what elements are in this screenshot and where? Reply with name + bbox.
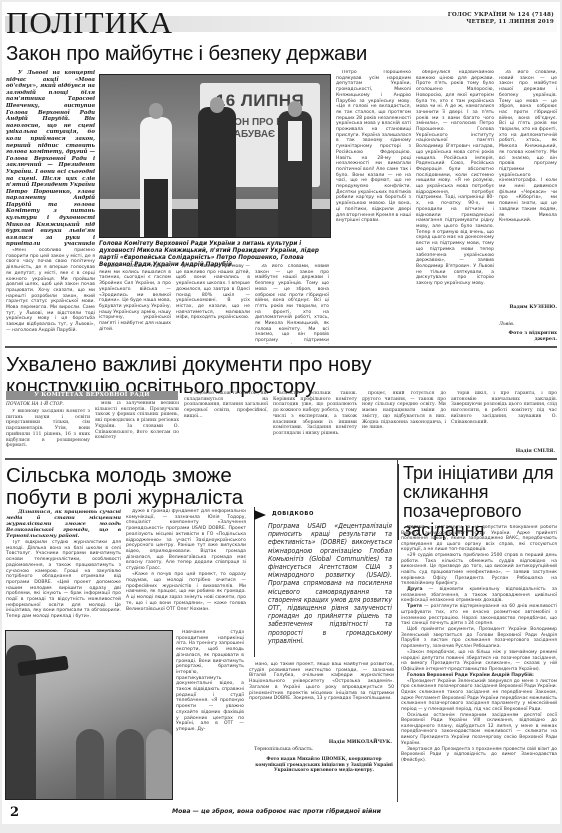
article1-col1-tail: «Мені особливо приємно говорити про цей …: [6, 248, 95, 342]
article1-photo: 16 ЛИПНЯ ЗАКОН ПРО МОВУ НАБУВАЄ В...: [99, 74, 331, 238]
article3-lead: Дізнатися, як працюють сучасні медіа й с…: [6, 509, 121, 539]
body-paragraph: Петро Порошенко подякував усім народним …: [336, 70, 411, 224]
newspaper-issue: ГОЛОС УКРАЇНИ № 124 (7148): [448, 12, 554, 19]
body-paragraph: «Президент України Зеленський звернувся …: [401, 679, 557, 712]
article3-photo-credit: Фото надав Михайло ЦВОМЕК, координатор к…: [254, 757, 394, 774]
body-paragraph: «Мені особливо приємно говорити про цей …: [6, 248, 95, 334]
person-head: [288, 101, 302, 117]
article1-location: Львів.: [499, 322, 557, 327]
article4-body: Перша — розглянути та не допустити блоку…: [401, 525, 557, 801]
article2-signature: Надія СМІЛЯ.: [451, 448, 555, 454]
flag-icon: [254, 510, 266, 520]
divider: [5, 458, 557, 460]
article1-lead: У Львові на концерті підчас акції «Мова …: [6, 70, 95, 247]
article1-col7: За його словами, новий закон — це закон …: [499, 70, 557, 300]
body-paragraph: мові із залученням великої кількості екс…: [95, 401, 179, 441]
section-label: У КОМІТЕТАХ ВЕРХОВНОЇ РАДИ: [6, 391, 178, 400]
participant: [146, 729, 173, 799]
article1-col6: обернулися надзвичайною важкою ціною для…: [416, 70, 494, 342]
article2-col1: У виїзному засіданні Комітет з питань на…: [6, 409, 90, 455]
page-number: 2: [10, 805, 19, 820]
article1-signature: Вадим КУЗЕНЮ.: [499, 304, 557, 310]
article3-photo: [5, 630, 173, 800]
article2-col2: мові із залученням великої кількості екс…: [95, 401, 179, 455]
body-paragraph: обернулися надзвичайною важкою ціною для…: [416, 70, 494, 287]
body-paragraph: Звертаюся до Президента з проханням пров…: [401, 747, 557, 764]
divider: [5, 346, 557, 348]
article3-col1: Тут відкрили студію журналістики для мол…: [6, 540, 121, 626]
body-paragraph: торів шкіл, і про гарантії, і про автоно…: [451, 391, 557, 425]
article3-title: Сільська молодь зможе побути в ролі журн…: [6, 465, 286, 509]
body-paragraph: За його словами, новий закон — це закон …: [255, 264, 329, 344]
body-paragraph: Навчання студії проходитиме наприкінці л…: [176, 630, 244, 733]
article2-col6: торів шкіл, і про гарантії, і про автоно…: [451, 391, 557, 446]
body-paragraph: аспекти, оскільки також. Керівник профіл…: [273, 391, 357, 437]
article3-col2: дуже в громаді фундамент для неформально…: [126, 509, 246, 626]
article1-col5: Петро Порошенко подякував усім народним …: [336, 70, 411, 342]
body-paragraph: Третя — розглянути відтермінування на 60…: [401, 604, 557, 626]
article1-photo-credit: Фото з відкритих джерел.: [499, 330, 557, 342]
person-right: [278, 111, 312, 237]
continuation-note: ПОЧАТОК НА 1-Й СТОР.: [6, 402, 64, 407]
article1-col2: Гасло «Слава Україні», яким ми колись пи…: [99, 264, 171, 344]
article1-col3: дітей. І вважаю про мову — це важливо пр…: [176, 264, 250, 344]
lead-paragraph: Дізнатися, як працюють сучасні медіа й с…: [6, 509, 121, 539]
issue-date: ЧЕТВЕР, 11 ЛИПНЯ 2019: [448, 19, 554, 26]
body-paragraph: дуже в громаді фундамент для неформально…: [126, 509, 246, 572]
body-paragraph: процес, який готується до другого читанн…: [362, 391, 446, 431]
body-paragraph: Тут відкрили студію журналістики для мол…: [6, 540, 121, 620]
article2-col5: процес, який готується до другого читанн…: [362, 391, 446, 455]
body-paragraph: За його словами, новий закон — це закон …: [499, 70, 557, 224]
newspaper-page: ПОЛІТИКА ГОЛОС УКРАЇНИ № 124 (7148) ЧЕТВ…: [2, 2, 560, 824]
body-paragraph: дітей. І вважаю про мову — це важливо пр…: [176, 264, 250, 321]
lead-paragraph: У Львові на концерті підчас акції «Мова …: [6, 70, 95, 247]
section-rubric: ПОЛІТИКА: [6, 8, 173, 38]
person-center: [198, 107, 236, 237]
article2-col4: аспекти, оскільки також. Керівник профіл…: [273, 391, 357, 455]
body-paragraph: «Каже я почув про цей проект, то одразу …: [126, 572, 246, 612]
article1-col4: За його словами, новий закон — це закон …: [255, 264, 329, 344]
article3-col3: Навчання студії проходитиме наприкінці л…: [176, 630, 244, 800]
body-paragraph: Щоб прийняти документи, Президент Україн…: [401, 627, 557, 649]
person-left: [140, 117, 172, 237]
article3-location: Тернопільська область.: [254, 747, 394, 752]
body-subheading: Голова Верховної Ради України Андрій Пар…: [401, 673, 557, 679]
body-paragraph: є відомою також та освітою, які складати…: [184, 391, 268, 420]
person-head: [210, 97, 224, 113]
participant: [76, 729, 104, 799]
body-paragraph: У виїзному засіданні Комітет з питань на…: [6, 409, 90, 449]
body-paragraph: «Закон передбачає, що на більш ніж у зви…: [401, 650, 557, 672]
info-box: ДОВІДКОВО Програма USAID «Децентралізаці…: [254, 507, 392, 657]
article2-col3: є відомою також та освітою, які складати…: [184, 391, 268, 455]
info-box-text: Програма USAID «Децентралізація приносит…: [268, 522, 392, 645]
body-paragraph: Оскільки останнім пленарним засіданням д…: [401, 713, 557, 746]
body-paragraph: Перша — розглянути та не допустити блоку…: [401, 525, 557, 553]
person-head: [149, 103, 163, 119]
body-paragraph: Гасло «Слава Україні», яким ми колись пи…: [99, 264, 171, 332]
footer-slogan: Мова — це зброя, вона озброює нас проти …: [172, 808, 381, 815]
article3-signature: Надія МИКОЛАЙЧУК.: [249, 739, 392, 745]
masthead: ГОЛОС УКРАЇНИ № 124 (7148) ЧЕТВЕР, 11 ЛИ…: [448, 12, 554, 26]
body-paragraph: «29 суддів отримають приблизно 2500 спра…: [401, 553, 557, 586]
body-paragraph: Друга — відновити кримінальну відповідал…: [401, 587, 557, 604]
article1-title: Закон про майбутнє і безпеку держави: [6, 42, 367, 66]
participant: [116, 729, 144, 799]
body-paragraph: мано, що такий проект, якщо ваш майбутні…: [249, 662, 394, 702]
info-box-kicker: ДОВІДКОВО: [272, 511, 314, 517]
